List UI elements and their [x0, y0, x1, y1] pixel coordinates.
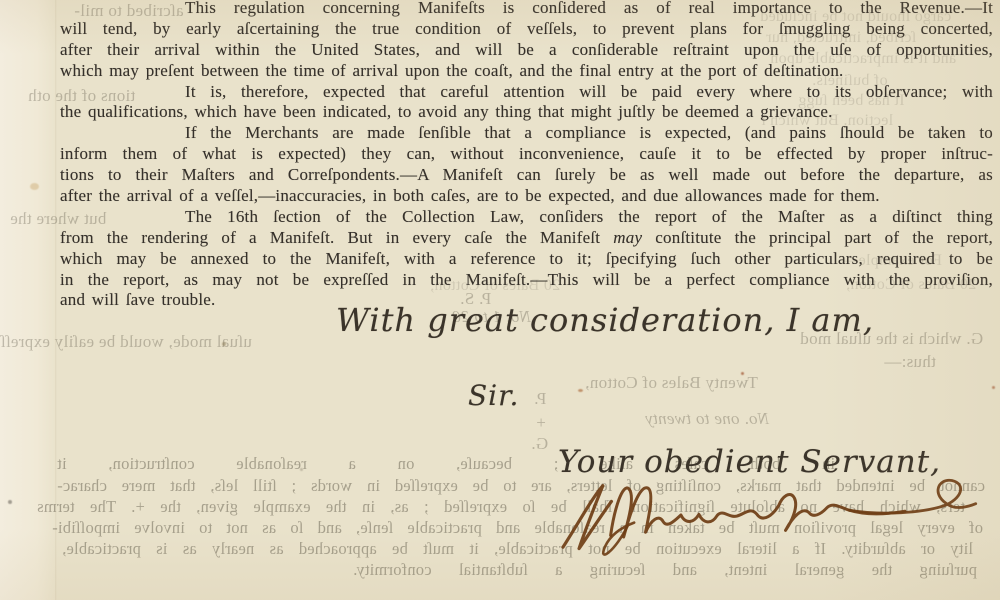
printed-line: tions to their Maſters and Correſpondent…: [60, 165, 993, 186]
paper-speck: [578, 389, 583, 392]
printed-line: the qualifications, which have been indi…: [60, 102, 993, 123]
ghost-text: G.: [531, 434, 548, 454]
printed-line: inform them of what is expected) they ca…: [60, 144, 993, 165]
paper-speck: [992, 386, 995, 389]
document-scan: aſcribed to mil- cargo ſhould not be inc…: [0, 0, 1000, 600]
printed-text-block: This regulation concerning Manifeſts is …: [60, 0, 993, 311]
signature-ink-strokes: [550, 461, 983, 571]
ghost-text: +: [536, 413, 546, 433]
printed-line-italic-word: may: [613, 228, 642, 247]
hamilton-signature: A Hamilton: [550, 461, 983, 571]
paper-speck: [741, 372, 744, 375]
printed-line: The 16th ſection of the Collection Law, …: [60, 207, 993, 228]
printed-line: This regulation concerning Manifeſts is …: [60, 0, 993, 19]
ghost-text: Twenty Bales of Cotton,: [585, 373, 758, 393]
handwritten-salutation: Sir.: [468, 379, 519, 412]
handwritten-closing-line: With great consideration, I am,: [336, 301, 874, 339]
ghost-text: P.: [534, 389, 546, 409]
printed-line-segment: from the rendering of a Manifeſt. But in…: [60, 228, 613, 247]
printed-line: after their arrival within the United St…: [60, 40, 993, 61]
paper-speck: [222, 342, 226, 346]
printed-line: which may be annexed to the Manifeſt, wi…: [60, 249, 993, 270]
printed-line: which may preſent between the time of ar…: [60, 61, 993, 82]
printed-line-segment: conſtitute the principal part of the rep…: [642, 228, 993, 247]
paper-speck: [30, 183, 39, 190]
printed-line: If the Merchants are made ſenſible that …: [60, 123, 993, 144]
printed-line: It is, therefore, expected that careful …: [60, 82, 993, 103]
ghost-text: uſual mode, would be eaſily expreſſed: [0, 332, 252, 352]
printed-line: after the arrival of a veſſel,—inaccurac…: [60, 186, 993, 207]
ghost-text: No. one to twenty: [645, 409, 769, 429]
paper-speck: [8, 500, 12, 504]
printed-line: in the report, as may not be expreſſed i…: [60, 270, 993, 291]
ghost-text: thus:—: [884, 352, 936, 372]
printed-line: from the rendering of a Manifeſt. But in…: [60, 228, 993, 249]
printed-line: will tend, by early aſcertaining the tru…: [60, 19, 993, 40]
paper-speck: [300, 468, 303, 471]
